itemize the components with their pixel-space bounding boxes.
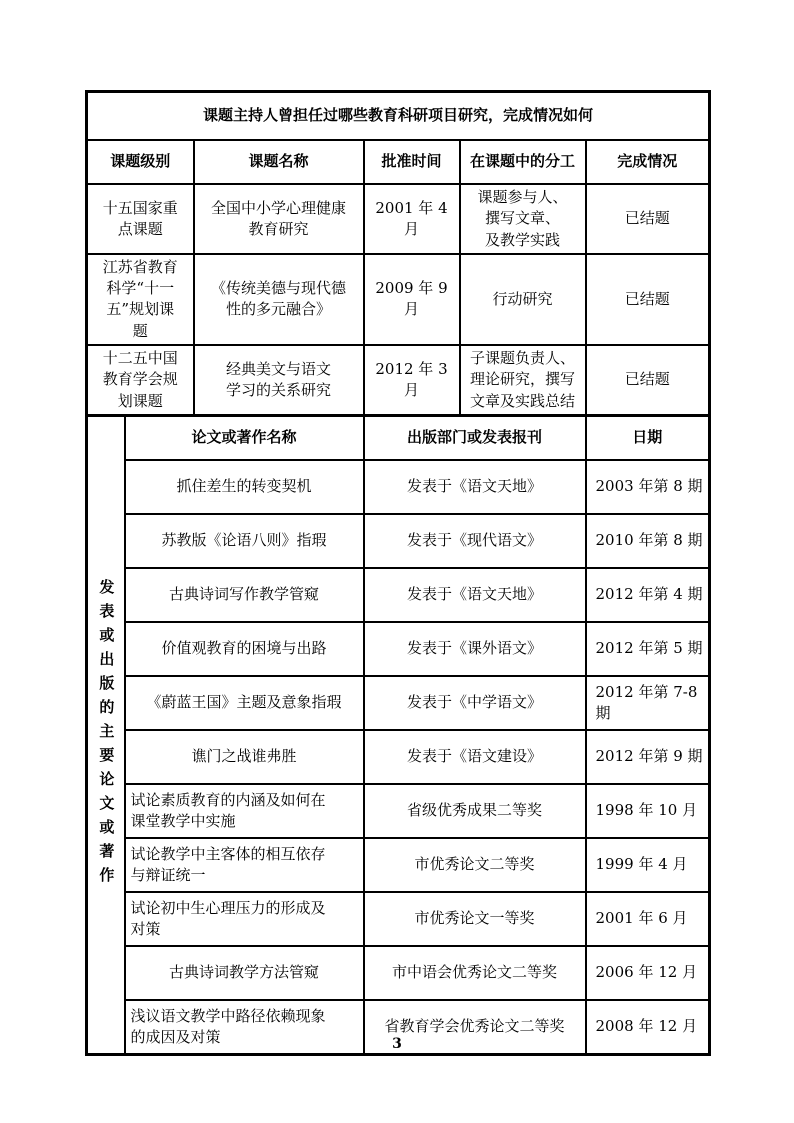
projects-table-body: 课题主持人曾担任过哪些教育科研项目研究，完成情况如何课题级别课题名称批准时间在课…: [87, 92, 710, 416]
table-cell: 已结题: [586, 184, 710, 254]
table-cell: 《传统美德与现代德 性的多元融合》: [194, 254, 364, 345]
table-cell: 十二五中国 教育学会规 划课题: [87, 345, 194, 416]
table-cell: 子课题负责人、 理论研究，撰写 文章及实践总结: [460, 345, 586, 416]
table-cell: 2009 年 9 月: [364, 254, 460, 345]
table-cell: 2010 年第 8 期: [586, 514, 710, 568]
publications-table-body: 发表或出版的主要论文或著作论文或著作名称出版部门或发表报刊日期抓住差生的转变契机…: [87, 416, 710, 1055]
column-header: 论文或著作名称: [125, 416, 364, 461]
table-cell: 行动研究: [460, 254, 586, 345]
table-row: 试论教学中主客体的相互依存 与辩证统一市优秀论文二等奖1999 年 4 月: [87, 838, 710, 892]
table-cell: 已结题: [586, 345, 710, 416]
column-header: 完成情况: [586, 140, 710, 184]
table-cell: 江苏省教育 科学“十一 五”规划课 题: [87, 254, 194, 345]
table-cell: 2003 年第 8 期: [586, 460, 710, 514]
table-cell: 市中语会优秀论文二等奖: [364, 946, 586, 1000]
table-cell: 2012 年第 5 期: [586, 622, 710, 676]
table-cell: 2012 年第 7-8 期: [586, 676, 710, 730]
projects-table: 课题主持人曾担任过哪些教育科研项目研究，完成情况如何课题级别课题名称批准时间在课…: [85, 90, 711, 417]
table-cell: 试论初中生心理压力的形成及 对策: [125, 892, 364, 946]
table-cell: 发表于《现代语文》: [364, 514, 586, 568]
table-row: 课题级别课题名称批准时间在课题中的分工完成情况: [87, 140, 710, 184]
table-cell: 省级优秀成果二等奖: [364, 784, 586, 838]
table-cell: 市优秀论文一等奖: [364, 892, 586, 946]
column-header: 在课题中的分工: [460, 140, 586, 184]
table-row: 江苏省教育 科学“十一 五”规划课 题《传统美德与现代德 性的多元融合》2009…: [87, 254, 710, 345]
table-cell: 2012 年第 4 期: [586, 568, 710, 622]
table-row: 试论素质教育的内涵及如何在 课堂教学中实施省级优秀成果二等奖1998 年 10 …: [87, 784, 710, 838]
table-cell: 试论教学中主客体的相互依存 与辩证统一: [125, 838, 364, 892]
column-header: 出版部门或发表报刊: [364, 416, 586, 461]
table-cell: 课题参与人、 撰写文章、 及教学实践: [460, 184, 586, 254]
table-cell: 2001 年 6 月: [586, 892, 710, 946]
table-cell: 2012 年 3 月: [364, 345, 460, 416]
table-cell: 抓住差生的转变契机: [125, 460, 364, 514]
table-cell: 2012 年第 9 期: [586, 730, 710, 784]
column-header: 批准时间: [364, 140, 460, 184]
table-cell: 发表于《中学语文》: [364, 676, 586, 730]
publications-side-label: 发表或出版的主要论文或著作: [87, 416, 125, 1055]
table-cell: 已结题: [586, 254, 710, 345]
table-cell: 古典诗词写作教学管窥: [125, 568, 364, 622]
column-header: 日期: [586, 416, 710, 461]
table-row: 十二五中国 教育学会规 划课题经典美文与语文 学习的关系研究2012 年 3 月…: [87, 345, 710, 416]
table-row: 价值观教育的困境与出路发表于《课外语文》2012 年第 5 期: [87, 622, 710, 676]
table-cell: 经典美文与语文 学习的关系研究: [194, 345, 364, 416]
table-cell: 2006 年 12 月: [586, 946, 710, 1000]
table-cell: 苏教版《论语八则》指瑕: [125, 514, 364, 568]
table-row: 十五国家重 点课题全国中小学心理健康 教育研究2001 年 4 月课题参与人、 …: [87, 184, 710, 254]
table-cell: 全国中小学心理健康 教育研究: [194, 184, 364, 254]
table-cell: 试论素质教育的内涵及如何在 课堂教学中实施: [125, 784, 364, 838]
tables-container: 课题主持人曾担任过哪些教育科研项目研究，完成情况如何课题级别课题名称批准时间在课…: [85, 90, 708, 1056]
projects-table-title: 课题主持人曾担任过哪些教育科研项目研究，完成情况如何: [87, 92, 710, 141]
document-page: 课题主持人曾担任过哪些教育科研项目研究，完成情况如何课题级别课题名称批准时间在课…: [0, 0, 794, 1123]
publications-table: 发表或出版的主要论文或著作论文或著作名称出版部门或发表报刊日期抓住差生的转变契机…: [85, 414, 711, 1056]
column-header: 课题名称: [194, 140, 364, 184]
table-cell: 发表于《语文天地》: [364, 460, 586, 514]
table-cell: 2001 年 4 月: [364, 184, 460, 254]
table-cell: 1999 年 4 月: [586, 838, 710, 892]
table-row: 谯门之战谁弗胜发表于《语文建设》2012 年第 9 期: [87, 730, 710, 784]
table-cell: 发表于《语文建设》: [364, 730, 586, 784]
table-cell: 谯门之战谁弗胜: [125, 730, 364, 784]
table-row: 试论初中生心理压力的形成及 对策市优秀论文一等奖2001 年 6 月: [87, 892, 710, 946]
table-row: 课题主持人曾担任过哪些教育科研项目研究，完成情况如何: [87, 92, 710, 141]
page-number: 3: [0, 1036, 794, 1052]
table-cell: 《蔚蓝王国》主题及意象指瑕: [125, 676, 364, 730]
table-row: 《蔚蓝王国》主题及意象指瑕发表于《中学语文》2012 年第 7-8 期: [87, 676, 710, 730]
table-row: 苏教版《论语八则》指瑕发表于《现代语文》2010 年第 8 期: [87, 514, 710, 568]
table-row: 古典诗词教学方法管窥市中语会优秀论文二等奖2006 年 12 月: [87, 946, 710, 1000]
table-cell: 十五国家重 点课题: [87, 184, 194, 254]
column-header: 课题级别: [87, 140, 194, 184]
table-cell: 古典诗词教学方法管窥: [125, 946, 364, 1000]
table-cell: 1998 年 10 月: [586, 784, 710, 838]
table-cell: 价值观教育的困境与出路: [125, 622, 364, 676]
table-cell: 发表于《语文天地》: [364, 568, 586, 622]
table-row: 古典诗词写作教学管窥发表于《语文天地》2012 年第 4 期: [87, 568, 710, 622]
table-cell: 发表于《课外语文》: [364, 622, 586, 676]
table-cell: 市优秀论文二等奖: [364, 838, 586, 892]
table-row: 抓住差生的转变契机发表于《语文天地》2003 年第 8 期: [87, 460, 710, 514]
table-row: 发表或出版的主要论文或著作论文或著作名称出版部门或发表报刊日期: [87, 416, 710, 461]
